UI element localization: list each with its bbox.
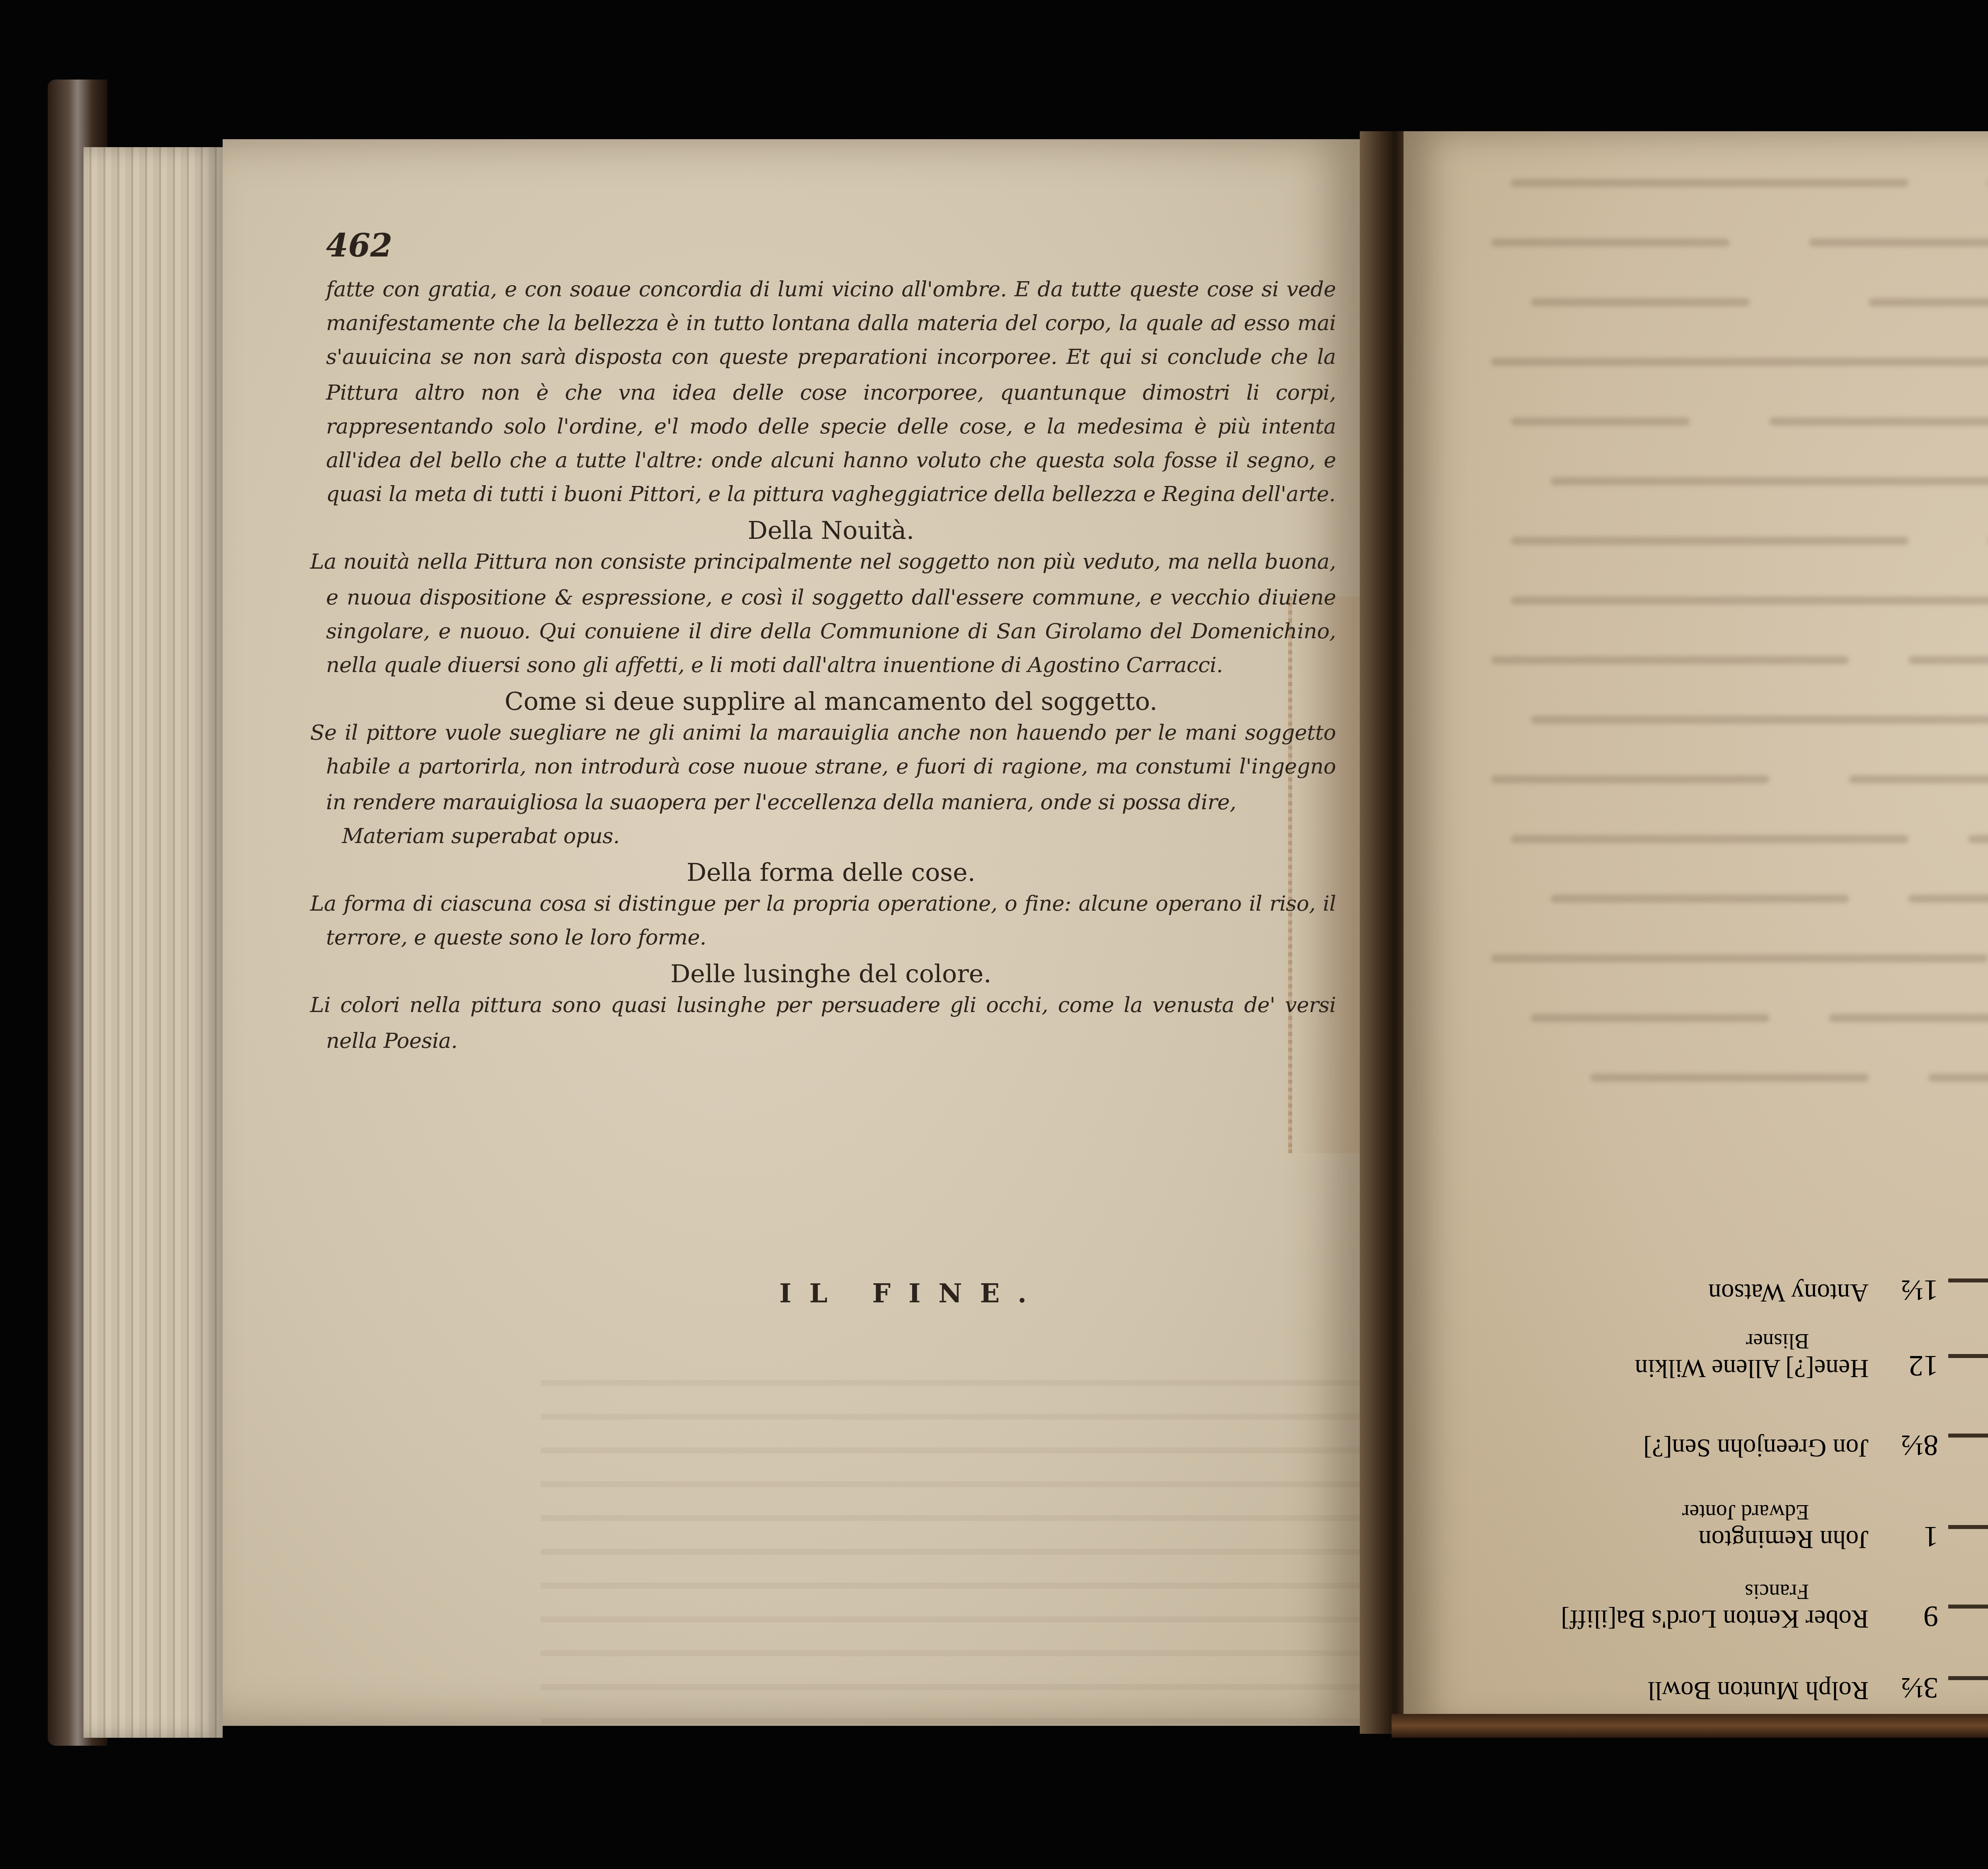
paragraph: Se il pittore vuole suegliare ne gli ani… <box>326 718 1336 821</box>
entry-name: Antony Watson <box>1431 1276 1869 1308</box>
section-heading: Come si deue supplire al mancamento del … <box>326 684 1336 718</box>
finis-colophon: IL FINE. <box>779 1280 1044 1310</box>
page-block-edges <box>83 147 223 1738</box>
paragraph: La forma di ciascuna cosa si distingue p… <box>326 889 1336 957</box>
section-heading: Della Nouità. <box>326 514 1336 548</box>
handwritten-ledger: 242 — 18 — 1½ Corby 11 04 1½ Antony Wats… <box>1431 1113 1988 1710</box>
ledger-entry: Corby 11 04 1½ Antony Watson <box>1431 1245 1988 1312</box>
ledger-entry: Burton Coggles 11 04 12 Hene[?] Allene W… <box>1431 1320 1988 1388</box>
leather-cover-bottom <box>1392 1714 1988 1738</box>
paragraph: fatte con gratia, e con soaue concordia … <box>326 274 1336 514</box>
page-number: 462 <box>326 227 392 264</box>
paragraph: La nouità nella Pittura non consiste pri… <box>326 548 1336 684</box>
printed-text-block: fatte con gratia, e con soaue concordia … <box>326 274 1336 1059</box>
ledger-entry: Stoneby 07 17 3½ Rolph Munton Bowll <box>1431 1642 1988 1710</box>
section-heading: Delle lusinghe del colore. <box>326 957 1336 991</box>
book-gutter <box>1360 131 1404 1734</box>
section-heading: Della forma delle cose. <box>326 855 1336 889</box>
ledger-entry: Bitchfield 08 04 8½ Jon Greenjohn Sen[?] <box>1431 1400 1988 1467</box>
book-photograph: 462 fatte con gratia, e con soaue concor… <box>0 0 1988 1869</box>
faded-ink-offset <box>1471 159 1988 1193</box>
latin-quote: Materiam superabat opus. <box>326 821 1336 855</box>
ledger-entry: Swinstead / Westby 18 03 1 John Remingto… <box>1431 1491 1988 1559</box>
ledger-entry: Skillington 04 07 9 Rober Kenton Lord's … <box>1431 1571 1988 1638</box>
paragraph: Li colori nella pittura sono quasi lusin… <box>326 991 1336 1059</box>
